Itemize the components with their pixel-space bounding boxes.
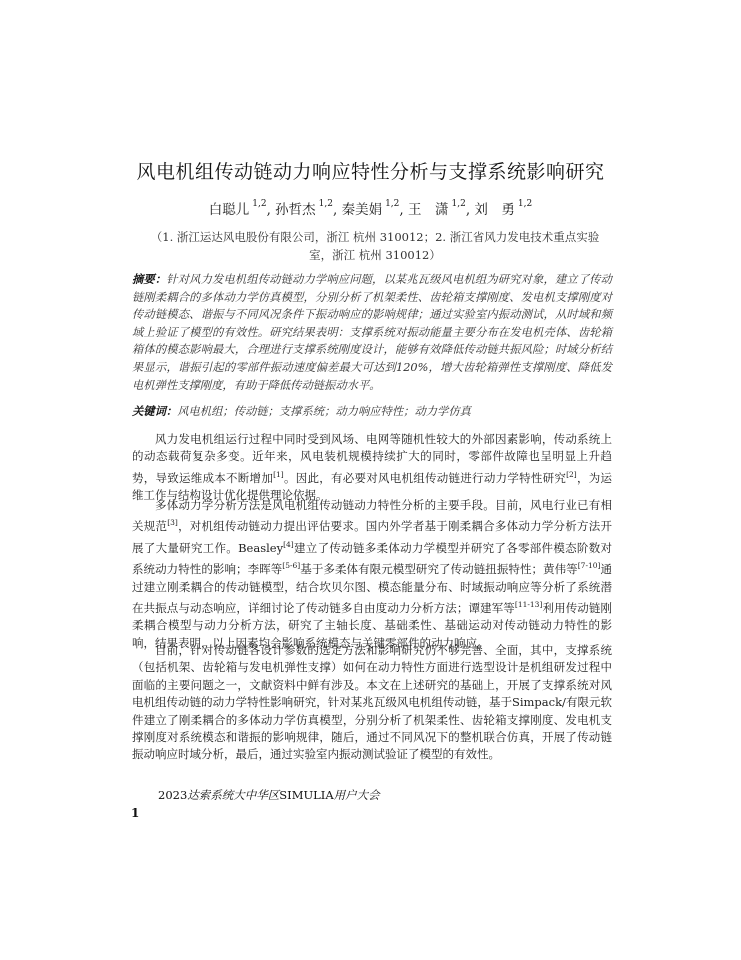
citation: [1] [273, 470, 284, 479]
author-name: 孙哲杰 [275, 202, 316, 218]
author-name: 白聪儿 [209, 202, 250, 218]
author-separator: , [399, 202, 403, 218]
paper-page: 风电机组传动链动力响应特性分析与支撑系统影响研究 白聪儿1,2, 孙哲杰1,2,… [0, 0, 741, 960]
citation: [4] [283, 540, 294, 549]
author-separator: , [466, 202, 470, 218]
citation: [2] [566, 470, 577, 479]
keywords-label: 关键词： [132, 404, 177, 418]
author-name: 秦美娟 [342, 202, 383, 218]
conference-year: 2023 [158, 788, 187, 802]
author-separator: , [333, 202, 337, 218]
author-affiliation-mark: 1,2 [252, 199, 266, 209]
abstract-text: 针对风力发电机组传动链动力学响应问题，以某兆瓦级风电机组为研究对象，建立了传动链… [132, 273, 612, 392]
author-affiliation-mark: 1,2 [319, 199, 333, 209]
author-affiliation-mark: 1,2 [518, 199, 532, 209]
author-affiliation-mark: 1,2 [452, 199, 466, 209]
paper-title: 风电机组传动链动力响应特性分析与支撑系统影响研究 [0, 157, 741, 184]
page-number: 1 [131, 806, 139, 820]
conference-footer: 2023达索系统大中华区SIMULIA用户大会 [158, 787, 380, 803]
keywords: 关键词：风电机组；传动链；支撑系统；动力响应特性；动力学仿真 [132, 403, 612, 421]
conference-event: 用户大会 [334, 788, 380, 802]
author-name: 刘 勇 [474, 202, 515, 218]
abstract-label: 摘要： [132, 272, 166, 286]
citation: [5-6] [282, 561, 300, 570]
author-name: 王 潇 [408, 202, 449, 218]
body-paragraph-3: 目前，针对传动链各设计参数的选定方法和影响研究仍不够完善、全面，其中，支撑系统（… [132, 642, 612, 764]
paragraph-text: 基于多柔体有限元模型研究了传动链扭振特性；黄伟等 [300, 562, 578, 576]
author-affiliation-mark: 1,2 [385, 199, 399, 209]
body-paragraph-1: 风力发电机组运行过程中同时受到风场、电网等随机性较大的外部因素影响，传动系统上的… [132, 431, 612, 505]
paragraph-text: 。因此，有必要对风电机组传动链进行动力学特性研究 [284, 471, 566, 485]
citation: [7-10] [578, 561, 601, 570]
keywords-text: 风电机组；传动链；支撑系统；动力响应特性；动力学仿真 [177, 405, 471, 418]
abstract: 摘要：针对风力发电机组传动链动力学响应问题，以某兆瓦级风电机组为研究对象，建立了… [132, 271, 612, 394]
conference-org: 达索系统大中华区 [187, 788, 279, 802]
author-list: 白聪儿1,2, 孙哲杰1,2, 秦美娟1,2, 王 潇1,2, 刘 勇1,2 [0, 198, 741, 218]
citation: [3] [167, 518, 178, 527]
citation: [11-13] [515, 600, 542, 609]
body-paragraph-2: 多体动力学分析方法是风电机组传动链动力特性分析的主要手段。目前，风电行业已有相关… [132, 497, 612, 652]
conference-brand: SIMULIA [279, 788, 333, 802]
author-separator: , [267, 202, 271, 218]
affiliations: （1. 浙江运达风电股份有限公司，浙江 杭州 310012；2. 浙江省风力发电… [140, 228, 610, 264]
